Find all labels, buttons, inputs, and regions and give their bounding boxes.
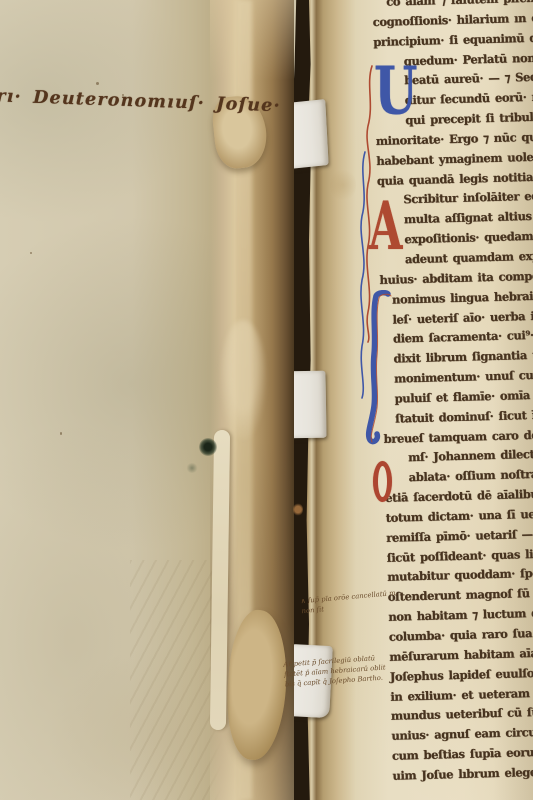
illuminated-initial-J-flourish (362, 290, 394, 448)
parchment-speck (96, 82, 99, 85)
parchment-speck (122, 94, 124, 96)
parchment-speck (60, 432, 62, 435)
faint-stain (330, 168, 356, 202)
illuminated-initial-U: U (374, 58, 418, 124)
illuminated-initial-O (373, 461, 392, 502)
ink-stain-spot (199, 438, 217, 456)
illuminated-initial-A: A (369, 194, 403, 260)
ink-stain-smudge (186, 463, 198, 473)
spine-fold (210, 0, 294, 800)
parchment-speck (30, 252, 32, 254)
brown-stain (293, 503, 303, 516)
manuscript-photo: erı· Deuteronomıuſ· Joſue· cō aīam ⁊ ſal… (0, 0, 533, 800)
fold-highlight-patch (220, 320, 266, 440)
fold-bulge (223, 608, 291, 762)
